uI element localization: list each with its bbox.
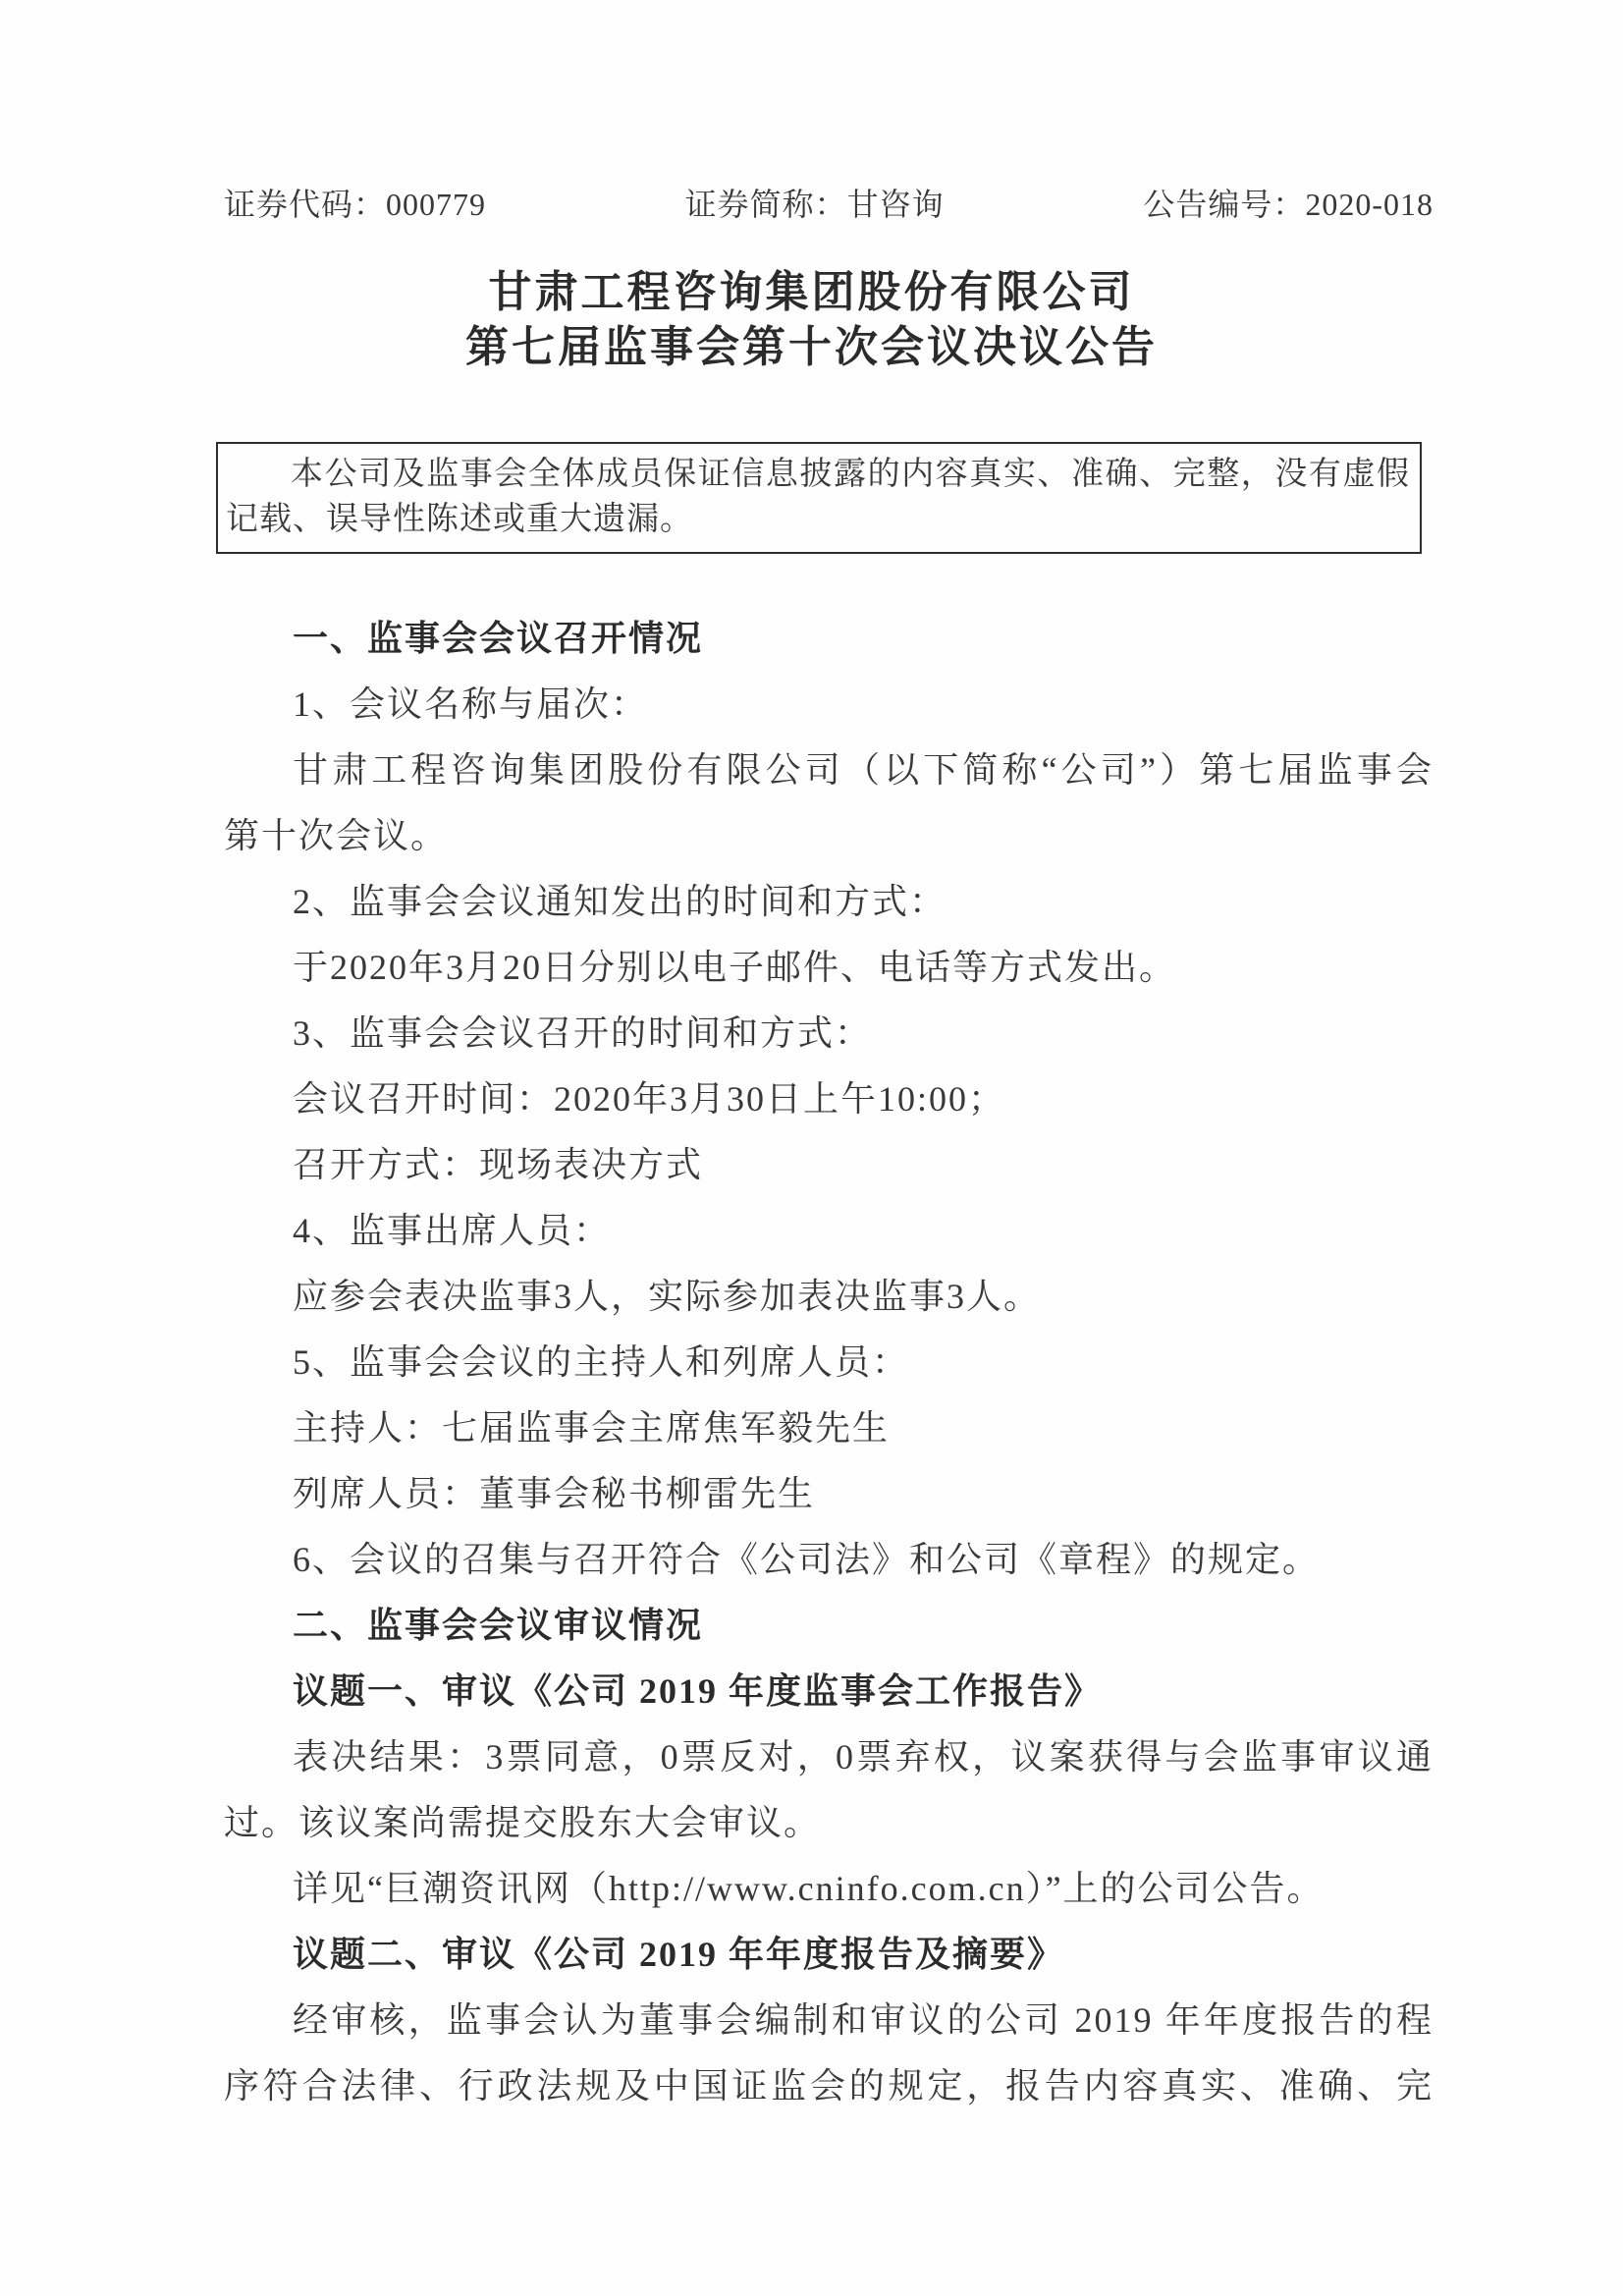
body-line: 甘肃工程咨询集团股份有限公司（以下简称“公司”）第七届监事会 bbox=[224, 738, 1434, 803]
title-line-company: 甘肃工程咨询集团股份有限公司 bbox=[0, 265, 1623, 320]
stock-code: 证券代码：000779 bbox=[224, 183, 486, 226]
body-line: 5、监事会会议的主持人和列席人员： bbox=[224, 1330, 1434, 1395]
body-line: 议题二、审议《公司 2019 年年度报告及摘要》 bbox=[224, 1922, 1434, 1988]
body-line: 一、监事会会议召开情况 bbox=[224, 606, 1434, 672]
body-line: 会议召开时间：2020年3月30日上午10:00； bbox=[224, 1066, 1434, 1132]
body-line: 6、会议的召集与召开符合《公司法》和公司《章程》的规定。 bbox=[224, 1527, 1434, 1593]
body-line: 召开方式：现场表决方式 bbox=[224, 1132, 1434, 1198]
body-line: 过。该议案尚需提交股东大会审议。 bbox=[224, 1790, 1434, 1856]
body-line: 主持人：七届监事会主席焦军毅先生 bbox=[224, 1395, 1434, 1461]
body-line: 详见“巨潮资讯网（http://www.cninfo.com.cn）”上的公司公… bbox=[224, 1856, 1434, 1922]
disclaimer-box: 本公司及监事会全体成员保证信息披露的内容真实、准确、完整，没有虚假记载、误导性陈… bbox=[216, 442, 1422, 554]
top-meta-row: 证券代码：000779 证券简称：甘咨询 公告编号：2020-018 bbox=[224, 183, 1434, 226]
disclaimer-text: 本公司及监事会全体成员保证信息披露的内容真实、准确、完整，没有虚假记载、误导性陈… bbox=[226, 452, 1410, 542]
body-text: 一、监事会会议召开情况1、会议名称与届次：甘肃工程咨询集团股份有限公司（以下简称… bbox=[224, 606, 1434, 2119]
body-line: 4、监事出席人员： bbox=[224, 1198, 1434, 1264]
title-line-meeting: 第七届监事会第十次会议决议公告 bbox=[0, 320, 1623, 375]
body-line: 序符合法律、行政法规及中国证监会的规定，报告内容真实、准确、完 bbox=[224, 2053, 1434, 2119]
body-line: 议题一、审议《公司 2019 年度监事会工作报告》 bbox=[224, 1659, 1434, 1724]
body-line: 表决结果：3票同意，0票反对，0票弃权，议案获得与会监事审议通 bbox=[224, 1724, 1434, 1790]
stock-abbr: 证券简称：甘咨询 bbox=[685, 183, 945, 226]
body-line: 3、监事会会议召开的时间和方式： bbox=[224, 1001, 1434, 1066]
announcement-page: 证券代码：000779 证券简称：甘咨询 公告编号：2020-018 甘肃工程咨… bbox=[0, 0, 1623, 2296]
body-line: 经审核，监事会认为董事会编制和审议的公司 2019 年年度报告的程 bbox=[224, 1988, 1434, 2053]
body-line: 应参会表决监事3人，实际参加表决监事3人。 bbox=[224, 1264, 1434, 1330]
announcement-number: 公告编号：2020-018 bbox=[1143, 183, 1434, 226]
body-line: 1、会议名称与届次： bbox=[224, 672, 1434, 738]
body-line: 二、监事会会议审议情况 bbox=[224, 1593, 1434, 1659]
document-title: 甘肃工程咨询集团股份有限公司 第七届监事会第十次会议决议公告 bbox=[0, 265, 1623, 375]
body-line: 于2020年3月20日分别以电子邮件、电话等方式发出。 bbox=[224, 935, 1434, 1001]
body-line: 列席人员：董事会秘书柳雷先生 bbox=[224, 1461, 1434, 1527]
body-line: 2、监事会会议通知发出的时间和方式： bbox=[224, 869, 1434, 935]
body-line: 第十次会议。 bbox=[224, 803, 1434, 869]
